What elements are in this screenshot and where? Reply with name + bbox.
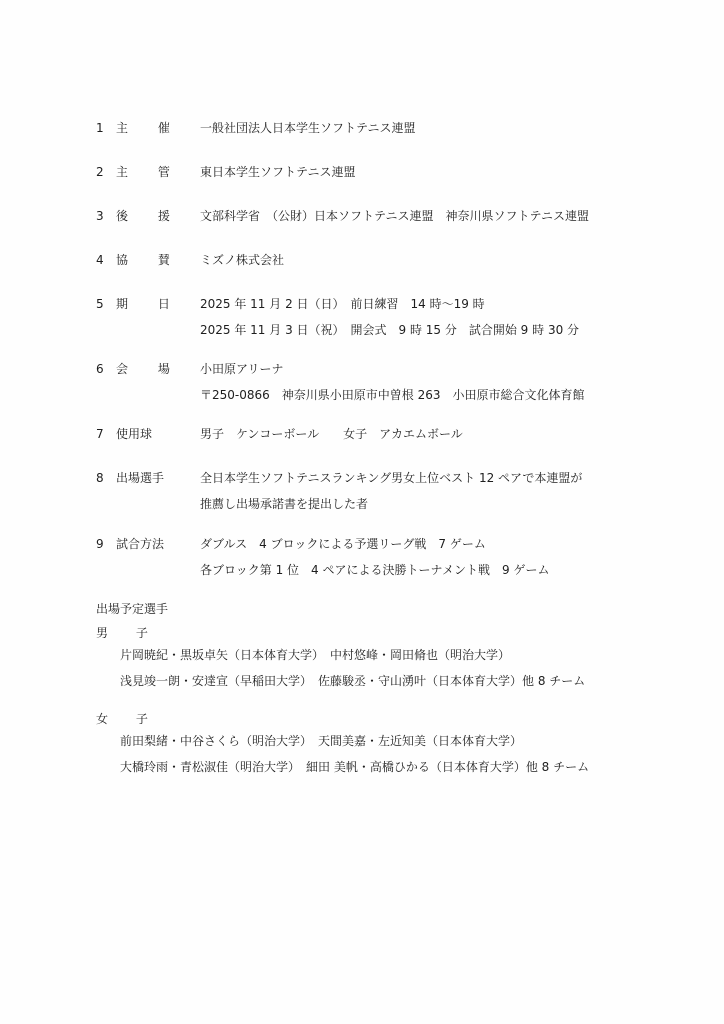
item-value: 一般社団法人日本学生ソフトテニス連盟 (200, 119, 660, 137)
item-value-line: 各ブロック第 1 位 4 ペアによる決勝トーナメント戦 9 ゲーム (200, 561, 660, 579)
item-value: 小田原アリーナ 〒250-0866 神奈川県小田原市中曽根 263 小田原市総合… (200, 360, 660, 404)
item-value-line: 2025 年 11 月 2 日（日） 前日練習 14 時～19 時 (200, 295, 660, 313)
item-value: 2025 年 11 月 2 日（日） 前日練習 14 時～19 時 2025 年… (200, 295, 660, 339)
players-section: 出場予定選手 男 子 片岡暁紀・黒坂卓矢（日本体育大学） 中村悠峰・岡田脩也（明… (96, 600, 656, 690)
item-label: 使用球 (116, 425, 196, 443)
men-entry-line: 片岡暁紀・黒坂卓矢（日本体育大学） 中村悠峰・岡田脩也（明治大学） (96, 646, 656, 664)
item-number: 8 (96, 469, 110, 487)
item-value: 全日本学生ソフトテニスランキング男女上位ベスト 12 ペアで本連盟が 推薦し出場… (200, 469, 660, 513)
item-value-line: 推薦し出場承諾書を提出した者 (200, 495, 660, 513)
item-number: 1 (96, 119, 110, 137)
women-entry-line: 大橋玲雨・青松淑佳（明治大学） 細田 美帆・高橋ひかる（日本体育大学）他 8 チ… (96, 758, 656, 776)
item-label: 主 管 (116, 163, 196, 181)
item-number: 4 (96, 251, 110, 269)
item-value: 東日本学生ソフトテニス連盟 (200, 163, 660, 181)
item-label: 主 催 (116, 119, 196, 137)
item-value: ダブルス 4 ブロックによる予選リーグ戦 7 ゲーム 各ブロック第 1 位 4 … (200, 535, 660, 579)
women-entry-line: 前田梨緒・中谷さくら（明治大学） 天間美嘉・左近知美（日本体育大学） (96, 732, 656, 750)
item-number: 7 (96, 425, 110, 443)
item-value-line: ダブルス 4 ブロックによる予選リーグ戦 7 ゲーム (200, 535, 660, 553)
item-value: 男子 ケンコーボール 女子 アカエムボール (200, 425, 660, 443)
item-label: 会 場 (116, 360, 196, 378)
item-value-line: 一般社団法人日本学生ソフトテニス連盟 (200, 119, 660, 137)
item-label: 協 賛 (116, 251, 196, 269)
players-title: 出場予定選手 (96, 600, 656, 618)
women-section: 女 子 前田梨緒・中谷さくら（明治大学） 天間美嘉・左近知美（日本体育大学） 大… (96, 710, 656, 776)
item-value-line: 東日本学生ソフトテニス連盟 (200, 163, 660, 181)
item-label: 期 日 (116, 295, 196, 313)
item-value: 文部科学省 （公財）日本ソフトテニス連盟 神奈川県ソフトテニス連盟 (200, 207, 660, 225)
item-value-line: 2025 年 11 月 3 日（祝） 開会式 9 時 15 分 試合開始 9 時… (200, 321, 660, 339)
item-number: 6 (96, 360, 110, 378)
item-label: 出場選手 (116, 469, 196, 487)
item-label: 試合方法 (116, 535, 196, 553)
item-number: 3 (96, 207, 110, 225)
item-label: 後 援 (116, 207, 196, 225)
item-value-line: ミズノ株式会社 (200, 251, 660, 269)
item-number: 5 (96, 295, 110, 313)
item-value-line: 小田原アリーナ (200, 360, 660, 378)
item-number: 9 (96, 535, 110, 553)
item-value-line: 〒250-0866 神奈川県小田原市中曽根 263 小田原市総合文化体育館 (200, 386, 660, 404)
women-title: 女 子 (96, 710, 656, 728)
document-page: 1 主 催 一般社団法人日本学生ソフトテニス連盟 2 主 管 東日本学生ソフトテ… (0, 0, 724, 1024)
item-value-line: 文部科学省 （公財）日本ソフトテニス連盟 神奈川県ソフトテニス連盟 (200, 207, 660, 225)
men-entry-line: 浅見竣一朗・安達宣（早稲田大学） 佐藤駿丞・守山湧叶（日本体育大学）他 8 チー… (96, 672, 656, 690)
men-title: 男 子 (96, 624, 656, 642)
item-value-line: 男子 ケンコーボール 女子 アカエムボール (200, 425, 660, 443)
item-value: ミズノ株式会社 (200, 251, 660, 269)
item-number: 2 (96, 163, 110, 181)
item-value-line: 全日本学生ソフトテニスランキング男女上位ベスト 12 ペアで本連盟が (200, 469, 660, 487)
